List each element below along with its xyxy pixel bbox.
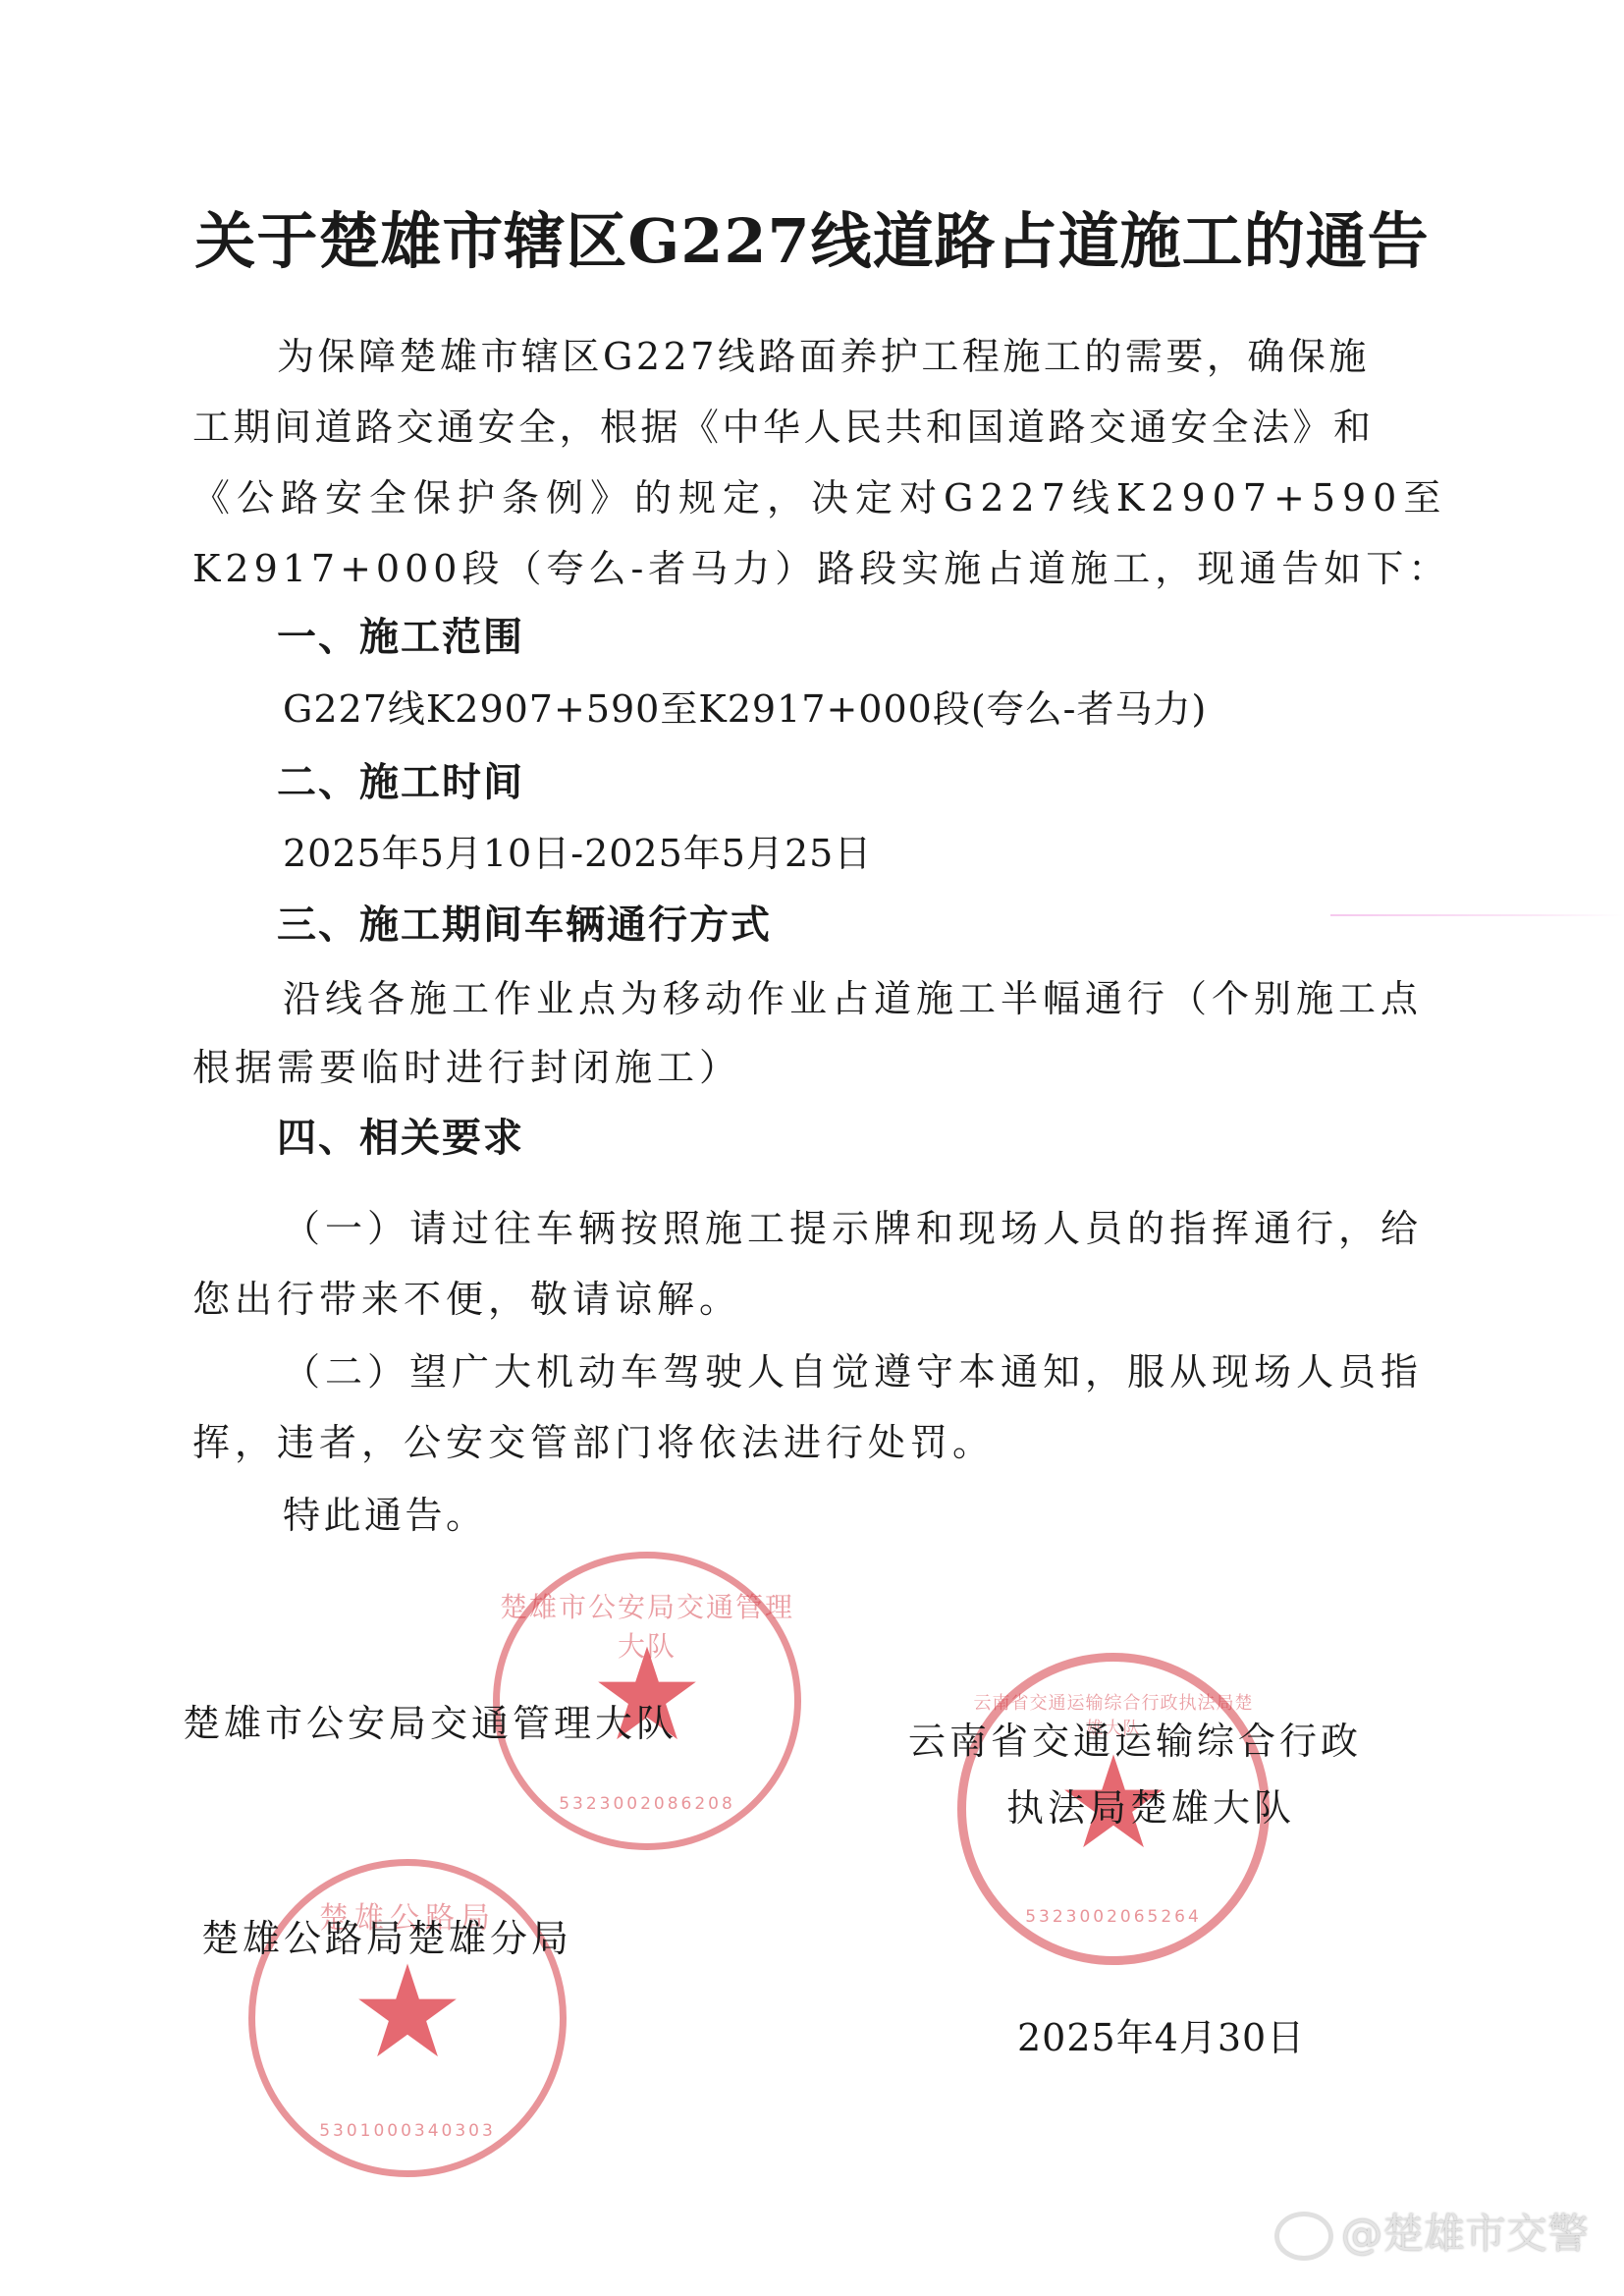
signatory-traffic-police: 楚雄市公安局交通管理大队 [183, 1693, 677, 1747]
section-heading-requirements: 四、相关要求 [277, 1107, 524, 1163]
seal-number: 5301000340303 [255, 2121, 560, 2141]
closing-text: 特此通告。 [283, 1485, 487, 1539]
requirement-2-line-1: （二）望广大机动车驾驶人自觉遵守本通知，服从现场人员指 [283, 1341, 1423, 1395]
intro-line-3: 《公路安全保护条例》的规定，决定对G227线K2907+590至 [192, 467, 1447, 521]
highway-bureau-seal: 楚雄公路局 ★ 5301000340303 [248, 1859, 567, 2177]
weibo-watermark: @楚雄市交警 [1274, 2202, 1589, 2262]
signatory-transport-enforcement-line-1: 云南省交通运输综合行政 [908, 1711, 1362, 1765]
signatory-highway-bureau: 楚雄公路局楚雄分局 [201, 1908, 572, 1962]
requirement-1-line-2: 您出行带来不便，敬请谅解。 [192, 1269, 741, 1323]
star-icon: ★ [351, 1948, 465, 2076]
section-time-text: 2025年5月10日-2025年5月25日 [283, 823, 872, 877]
notice-title: 关于楚雄市辖区G227线道路占道施工的通告 [0, 192, 1624, 280]
signatory-transport-enforcement-line-2: 执法局楚雄大队 [1006, 1777, 1295, 1831]
requirement-1-line-1: （一）请过往车辆按照施工提示牌和现场人员的指挥通行，给 [283, 1198, 1423, 1252]
section-scope-text: G227线K2907+590至K2917+000段(夸么-者马力) [283, 679, 1207, 733]
requirement-2-line-2: 挥，违者，公安交管部门将依法进行处罚。 [192, 1412, 995, 1466]
notice-date: 2025年4月30日 [1017, 2007, 1305, 2061]
section-traffic-line-1: 沿线各施工作业点为移动作业占道施工半幅通行（个别施工点 [283, 968, 1423, 1022]
section-heading-scope: 一、施工范围 [277, 606, 524, 662]
section-heading-traffic: 三、施工期间车辆通行方式 [277, 894, 772, 950]
watermark-text: @楚雄市交警 [1341, 2210, 1589, 2258]
section-heading-time: 二、施工时间 [277, 751, 524, 807]
scan-artifact-line [1330, 914, 1624, 916]
section-traffic-line-2: 根据需要临时进行封闭施工） [192, 1037, 741, 1091]
intro-line-1: 为保障楚雄市辖区G227线路面养护工程施工的需要，确保施 [277, 326, 1370, 380]
seal-number: 5323002086208 [500, 1794, 794, 1814]
weibo-icon [1274, 2212, 1333, 2261]
intro-line-4: K2917+000段（夸么-者马力）路段实施占道施工，现通告如下： [192, 538, 1450, 592]
intro-line-2: 工期间道路交通安全，根据《中华人民共和国道路交通安全法》和 [192, 397, 1375, 451]
seal-number: 5323002065264 [966, 1907, 1261, 1927]
